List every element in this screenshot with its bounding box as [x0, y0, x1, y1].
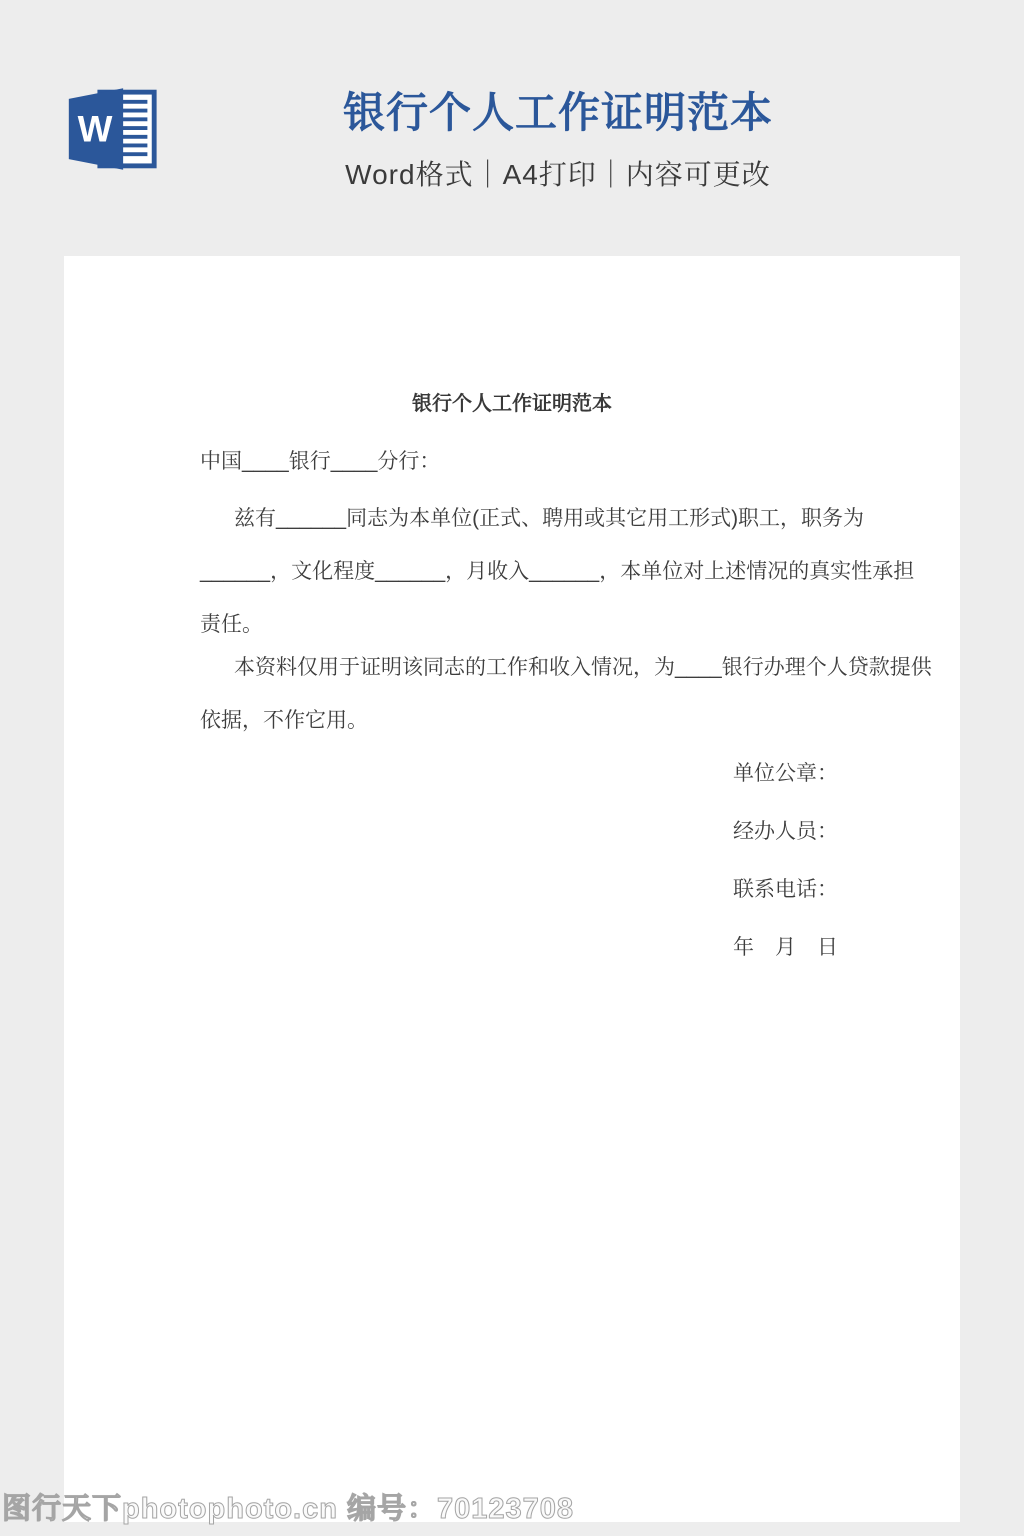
- document-title: 银行个人工作证明范本: [64, 387, 960, 416]
- paragraph-line: ______，文化程度______，月收入______，本单位对上述情况的真实性…: [200, 545, 900, 598]
- header: W 银行个人工作证明范本 Word格式｜A4打印｜内容可更改: [0, 0, 1024, 256]
- document-salutation: 中国____银行____分行：: [200, 445, 440, 475]
- signature-line-seal: 单位公章：: [733, 745, 838, 803]
- document-paragraph-2: 本资料仅用于证明该同志的工作和收入情况，为____银行办理个人贷款提供 依据，不…: [200, 641, 900, 747]
- signature-line-handler: 经办人员：: [733, 803, 838, 861]
- signature-block: 单位公章： 经办人员： 联系电话： 年 月 日: [733, 745, 838, 977]
- watermark-text: 图行天下photophoto.cn 编号：70123708: [2, 1486, 574, 1527]
- page-title: 银行个人工作证明范本: [92, 88, 1024, 138]
- paragraph-line: 本资料仅用于证明该同志的工作和收入情况，为____银行办理个人贷款提供: [200, 641, 900, 694]
- signature-line-phone: 联系电话：: [733, 861, 838, 919]
- signature-line-date: 年 月 日: [733, 919, 838, 977]
- paragraph-line: 兹有______同志为本单位(正式、聘用或其它用工形式)职工，职务为: [200, 492, 900, 545]
- page-subtitle: Word格式｜A4打印｜内容可更改: [92, 153, 1024, 193]
- paragraph-line: 依据，不作它用。: [200, 694, 900, 747]
- document-paragraph-1: 兹有______同志为本单位(正式、聘用或其它用工形式)职工，职务为 _____…: [200, 492, 900, 651]
- document-page: 银行个人工作证明范本 中国____银行____分行： 兹有______同志为本单…: [64, 256, 960, 1522]
